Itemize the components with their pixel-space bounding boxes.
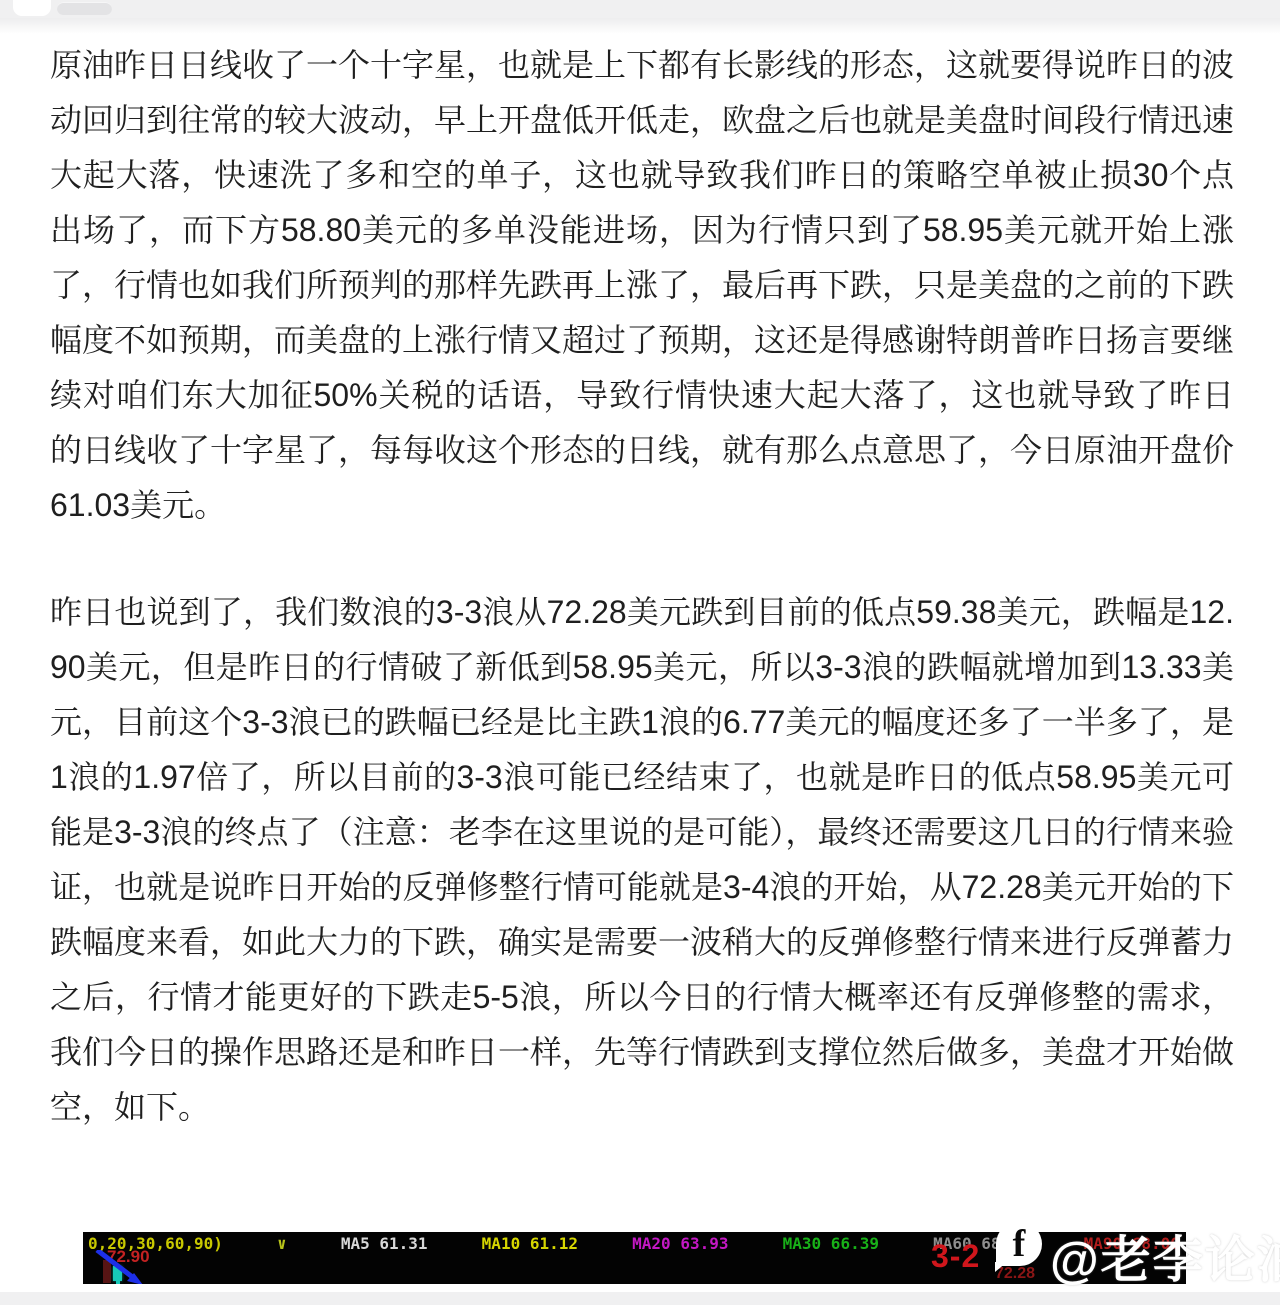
article-body: 原油昨日日线收了一个十字星，也就是上下都有长影线的形态，这就要得说昨日的波动回归… <box>50 38 1234 1135</box>
paragraph-daily-review: 原油昨日日线收了一个十字星，也就是上下都有长影线的形态，这就要得说昨日的波动回归… <box>50 38 1234 533</box>
active-tab-remnant[interactable] <box>13 0 51 16</box>
ma10-value: MA10 61.12 <box>482 1234 578 1253</box>
ma5-value: MA5 61.31 <box>341 1234 428 1253</box>
ma30-value: MA30 66.39 <box>783 1234 879 1253</box>
inactive-tab-remnant[interactable] <box>57 2 112 15</box>
chevron-down-icon[interactable]: ∨ <box>277 1234 287 1253</box>
browser-tab-strip <box>0 0 1280 18</box>
watermark-handle: @老李论油 <box>1050 1220 1280 1292</box>
watermark-logo-icon: f <box>996 1222 1042 1266</box>
blue-arrow-annotation <box>93 1250 147 1284</box>
ma20-value: MA20 63.93 <box>632 1234 728 1253</box>
tab-strip-shadow <box>0 18 1280 34</box>
wave-count-label: 3-2 <box>931 1238 980 1275</box>
bottom-edge-band <box>0 1292 1280 1305</box>
paragraph-wave-analysis: 昨日也说到了，我们数浪的3-3浪从72.28美元跌到目前的低点59.38美元，跌… <box>50 585 1234 1135</box>
watermark: f @老李论油 <box>996 1222 1280 1292</box>
